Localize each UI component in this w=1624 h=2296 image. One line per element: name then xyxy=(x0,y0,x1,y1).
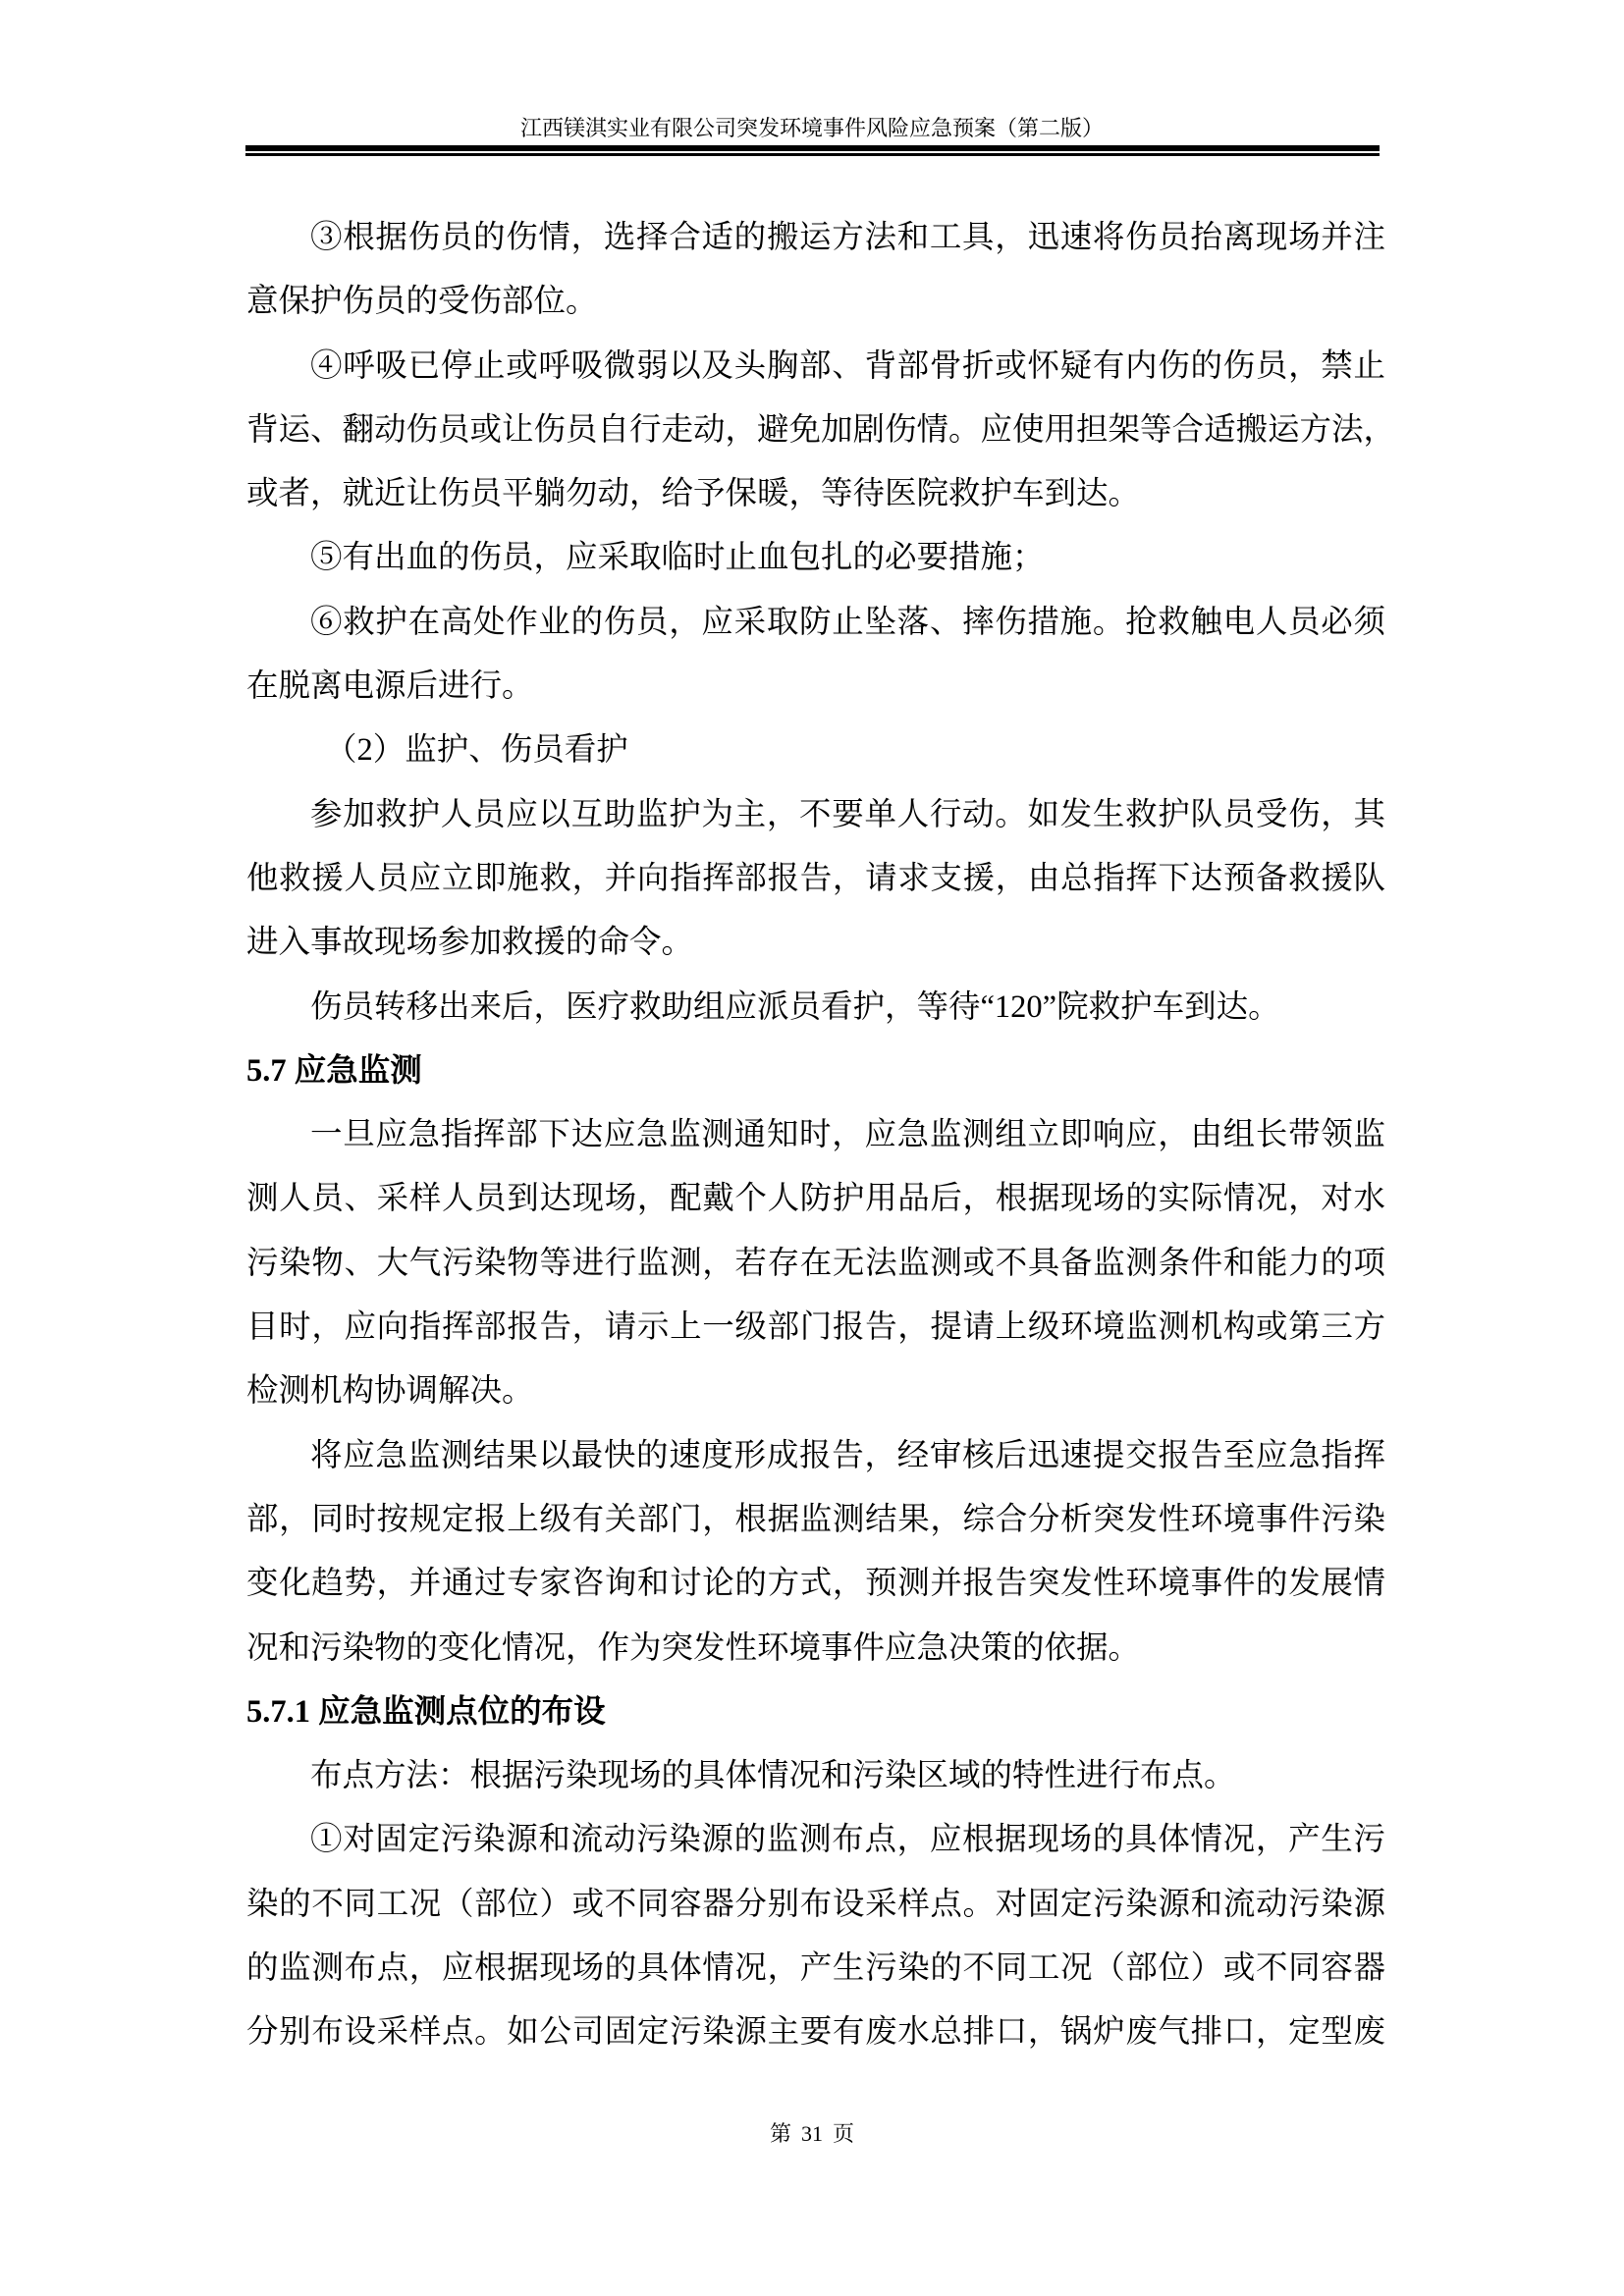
body-line: 变化趋势，并通过专家咨询和讨论的方式，预测并报告突发性环境事件的发展情 xyxy=(246,1552,1385,1616)
body-line: 检测机构协调解决。 xyxy=(246,1360,1385,1423)
header-rule-thin xyxy=(245,153,1380,156)
page-number: 31 xyxy=(801,2121,823,2146)
section-heading: 5.7.1 应急监测点位的布设 xyxy=(246,1681,1385,1744)
subsection-title: （2）监护、伤员看护 xyxy=(246,719,1385,782)
body-line: 意保护伤员的受伤部位。 xyxy=(246,270,1385,334)
body-line: 布点方法：根据污染现场的具体情况和污染区域的特性进行布点。 xyxy=(246,1744,1385,1808)
header-rule-thick xyxy=(245,145,1380,151)
body-line: 在脱离电源后进行。 xyxy=(246,655,1385,719)
document-body: ③根据伤员的伤情，选择合适的搬运方法和工具，迅速将伤员抬离现场并注 意保护伤员的… xyxy=(246,206,1385,2065)
body-line: 背运、翻动伤员或让伤员自行走动，避免加剧伤情。应使用担架等合适搬运方法， xyxy=(246,399,1385,462)
body-line: ⑥救护在高处作业的伤员，应采取防止坠落、摔伤措施。抢救触电人员必须 xyxy=(246,591,1385,655)
body-line: 一旦应急指挥部下达应急监测通知时，应急监测组立即响应，由组长带领监 xyxy=(246,1103,1385,1167)
body-line: 的监测布点，应根据现场的具体情况，产生污染的不同工况（部位）或不同容器 xyxy=(246,1937,1385,2001)
body-line: 伤员转移出来后，医疗救助组应派员看护，等待“120”院救护车到达。 xyxy=(246,976,1385,1040)
body-line: 或者，就近让伤员平躺勿动，给予保暖，等待医院救护车到达。 xyxy=(246,462,1385,526)
body-line: 目时，应向指挥部报告，请示上一级部门报告，提请上级环境监测机构或第三方 xyxy=(246,1296,1385,1360)
document-header-title: 江西镁淇实业有限公司突发环境事件风险应急预案（第二版） xyxy=(0,114,1624,143)
body-line: ①对固定污染源和流动污染源的监测布点，应根据现场的具体情况，产生污 xyxy=(246,1808,1385,1872)
page-prefix: 第 xyxy=(770,2121,791,2146)
body-line: 部，同时按规定报上级有关部门，根据监测结果，综合分析突发性环境事件污染 xyxy=(246,1488,1385,1552)
body-line: 进入事故现场参加救援的命令。 xyxy=(246,911,1385,975)
page-suffix: 页 xyxy=(833,2121,854,2146)
body-line: 况和污染物的变化情况，作为突发性环境事件应急决策的依据。 xyxy=(246,1617,1385,1681)
body-line: 参加救护人员应以互助监护为主，不要单人行动。如发生救护队员受伤，其 xyxy=(246,783,1385,847)
page-footer: 第31页 xyxy=(0,2120,1624,2148)
body-line: 污染物、大气污染物等进行监测，若存在无法监测或不具备监测条件和能力的项 xyxy=(246,1232,1385,1296)
body-line: 他救援人员应立即施救，并向指挥部报告，请求支援，由总指挥下达预备救援队 xyxy=(246,847,1385,911)
body-line: 分别布设采样点。如公司固定污染源主要有废水总排口，锅炉废气排口，定型废 xyxy=(246,2001,1385,2064)
body-line: ③根据伤员的伤情，选择合适的搬运方法和工具，迅速将伤员抬离现场并注 xyxy=(246,206,1385,270)
body-line: 测人员、采样人员到达现场，配戴个人防护用品后，根据现场的实际情况，对水 xyxy=(246,1167,1385,1231)
body-line: 将应急监测结果以最快的速度形成报告，经审核后迅速提交报告至应急指挥 xyxy=(246,1424,1385,1488)
body-line: ⑤有出血的伤员，应采取临时止血包扎的必要措施； xyxy=(246,526,1385,590)
body-line: ④呼吸已停止或呼吸微弱以及头胸部、背部骨折或怀疑有内伤的伤员，禁止 xyxy=(246,335,1385,399)
body-line: 染的不同工况（部位）或不同容器分别布设采样点。对固定污染源和流动污染源 xyxy=(246,1873,1385,1937)
section-heading: 5.7 应急监测 xyxy=(246,1040,1385,1103)
